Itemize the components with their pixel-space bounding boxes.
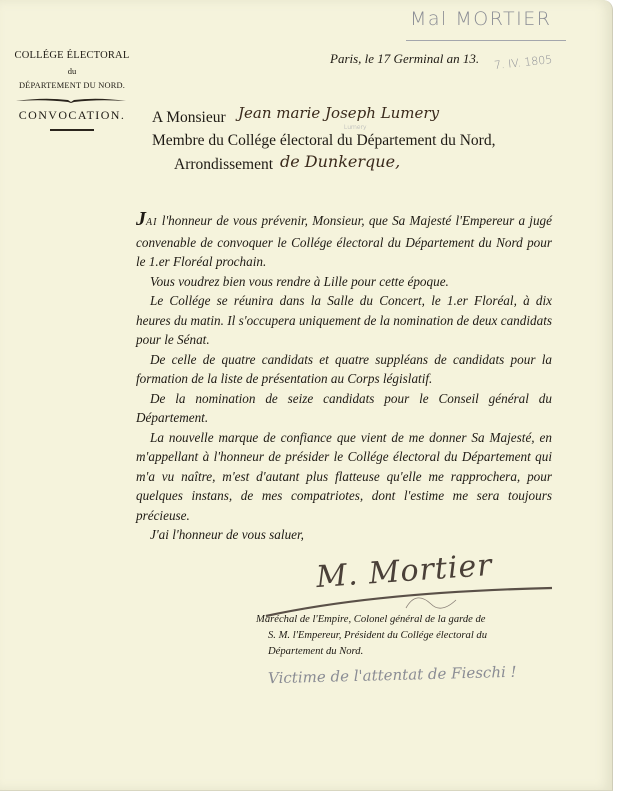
date-conversion-pencil: 7. IV. 1805 bbox=[493, 53, 552, 72]
recipient-pencil-note: Lumery bbox=[344, 124, 367, 131]
body-paragraph: Vous voudrez bien vous rendre à Lille po… bbox=[136, 272, 552, 292]
letter-body: JAI l'honneur de vous prévenir, Monsieur… bbox=[136, 210, 552, 545]
body-paragraph-text: l'honneur de vous prévenir, Monsieur, qu… bbox=[136, 213, 552, 269]
body-paragraph: JAI l'honneur de vous prévenir, Monsieur… bbox=[136, 210, 552, 272]
arrondissement-handwritten: de Dunkerque, bbox=[280, 152, 400, 171]
letterhead-du: du bbox=[12, 66, 132, 76]
body-paragraph: De celle de quatre candidats et quatre s… bbox=[136, 350, 552, 389]
letterhead-rule bbox=[50, 129, 94, 131]
letterhead-college: COLLÉGE ÉLECTORAL bbox=[12, 50, 132, 61]
drop-cap-rest: AI bbox=[146, 217, 157, 228]
body-paragraph: Le Collége se réunira dans la Salle du C… bbox=[136, 291, 552, 350]
letterhead-convocation: CONVOCATION. bbox=[10, 108, 134, 123]
address-arrondissement-label: Arrondissement bbox=[152, 156, 273, 174]
address-salutation: A Monsieur bbox=[152, 109, 226, 127]
signatory-title-line: Maréchal de l'Empire, Colonel général de… bbox=[256, 612, 556, 628]
dateline: Paris, le 17 Germinal an 13. bbox=[330, 51, 479, 67]
archive-label-underline bbox=[406, 40, 566, 41]
address-member-line: Membre du Collége électoral du Départeme… bbox=[152, 132, 495, 150]
letter-page: Mal MORTIER COLLÉGE ÉLECTORAL du DÉPARTE… bbox=[0, 0, 613, 791]
signatory-title: Maréchal de l'Empire, Colonel général de… bbox=[256, 612, 556, 660]
body-paragraph: De la nomination de seize candidats pour… bbox=[136, 389, 552, 428]
body-paragraph: La nouvelle marque de confiance que vien… bbox=[136, 428, 552, 526]
footer-pencil-note: Victime de l'attentat de Fieschi ! bbox=[268, 663, 517, 688]
letterhead-department: DÉPARTEMENT DU NORD. bbox=[8, 81, 136, 90]
letterhead-swash-divider bbox=[14, 96, 128, 104]
closing-formula: J'ai l'honneur de vous saluer, bbox=[136, 525, 552, 545]
signatory-title-line: Département du Nord. bbox=[256, 644, 556, 660]
archive-label-pencil: Mal MORTIER bbox=[410, 8, 551, 30]
signatory-title-line: S. M. l'Empereur, Président du Collége é… bbox=[256, 628, 556, 644]
recipient-handwritten: Jean marie Joseph Lumery bbox=[238, 104, 439, 122]
drop-cap: J bbox=[136, 208, 146, 230]
